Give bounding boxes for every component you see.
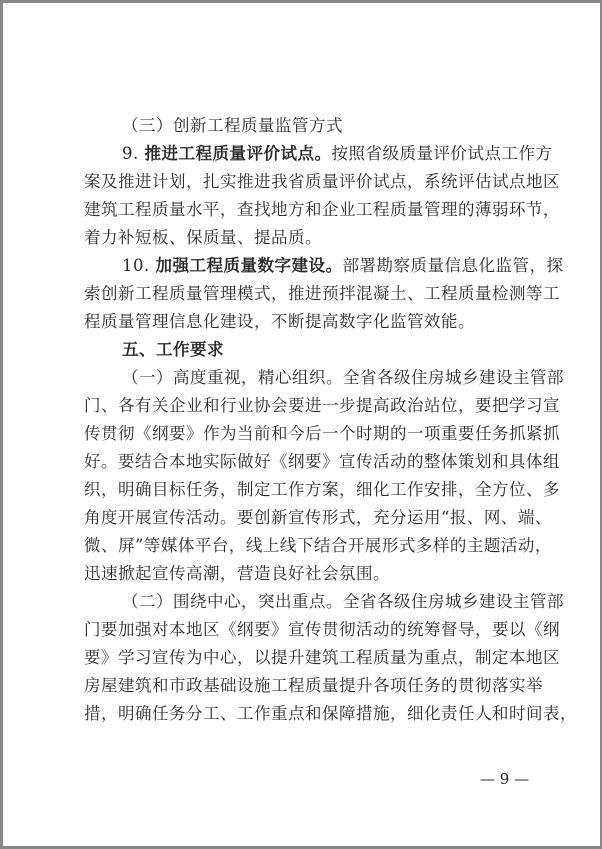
paragraph-line: 传贯彻《纲要》作为当前和今后一个时期的一项重要任务抓紧抓: [84, 420, 528, 448]
req-2-text: 全省各级住房城乡建设主管部: [343, 592, 564, 611]
paragraph-line: 程质量管理信息化建设，不断提高数字化监管效能。: [84, 308, 528, 336]
item-10-first-line: 10. 加强工程质量数字建设。部署勘察质量信息化监管，探: [84, 252, 528, 280]
item-9-text: 按照省级质量评价试点工作方: [332, 144, 553, 163]
page-number: — 9 —: [480, 770, 526, 788]
paragraph-line: 措，明确任务分工、工作重点和保障措施，细化责任人和时间表，: [84, 700, 528, 728]
item-10-title: 加强工程质量数字建设。: [156, 256, 343, 275]
req-1-text: 全省各级住房城乡建设主管部: [343, 368, 564, 387]
paragraph-line: 织，明确目标任务，制定工作方案，细化工作安排，全方位、多: [84, 476, 528, 504]
document-body: （三）创新工程质量监管方式 9. 推进工程质量评价试点。按照省级质量评价试点工作…: [84, 112, 528, 728]
paragraph-line: 门要加强对本地区《纲要》宣传贯彻活动的统筹督导，要以《纲: [84, 616, 528, 644]
paragraph-line: 案及推进计划，扎实推进我省质量评价试点，系统评估试点地区: [84, 168, 528, 196]
section-5-heading: 五、工作要求: [84, 336, 528, 364]
paragraph-line: 建筑工程质量水平，查找地方和企业工程质量管理的薄弱环节，: [84, 196, 528, 224]
paragraph-line: 角度开展宣传活动。要创新宣传形式，充分运用“报、网、端、: [84, 504, 528, 532]
req-2-title: （二）围绕中心，突出重点。: [122, 592, 343, 611]
paragraph-line: 迅速掀起宣传高潮，营造良好社会氛围。: [84, 560, 528, 588]
item-9-first-line: 9. 推进工程质量评价试点。按照省级质量评价试点工作方: [84, 140, 528, 168]
item-10-number: 10.: [122, 256, 150, 275]
paragraph-line: 要》学习宣传为中心，以提升建筑工程质量为重点，制定本地区: [84, 644, 528, 672]
req-2-first-line: （二）围绕中心，突出重点。全省各级住房城乡建设主管部: [84, 588, 528, 616]
item-9-title: 推进工程质量评价试点。: [145, 144, 332, 163]
item-10-text: 部署勘察质量信息化监管，探: [343, 256, 564, 275]
req-1-title: （一）高度重视，精心组织。: [122, 368, 343, 387]
paragraph-line: 索创新工程质量管理模式，推进预拌混凝土、工程质量检测等工: [84, 280, 528, 308]
paragraph-line: 房屋建筑和市政基础设施工程质量提升各项任务的贯彻落实举: [84, 672, 528, 700]
subsection-heading-3: （三）创新工程质量监管方式: [84, 112, 528, 140]
paragraph-line: 着力补短板、保质量、提品质。: [84, 224, 528, 252]
req-1-first-line: （一）高度重视，精心组织。全省各级住房城乡建设主管部: [84, 364, 528, 392]
item-9-number: 9.: [122, 144, 139, 163]
paragraph-line: 门、各有关企业和行业协会要进一步提高政治站位，要把学习宣: [84, 392, 528, 420]
paragraph-line: 好。要结合本地实际做好《纲要》宣传活动的整体策划和具体组: [84, 448, 528, 476]
paragraph-line: 微、屏”等媒体平台，线上线下结合开展形式多样的主题活动，: [84, 532, 528, 560]
